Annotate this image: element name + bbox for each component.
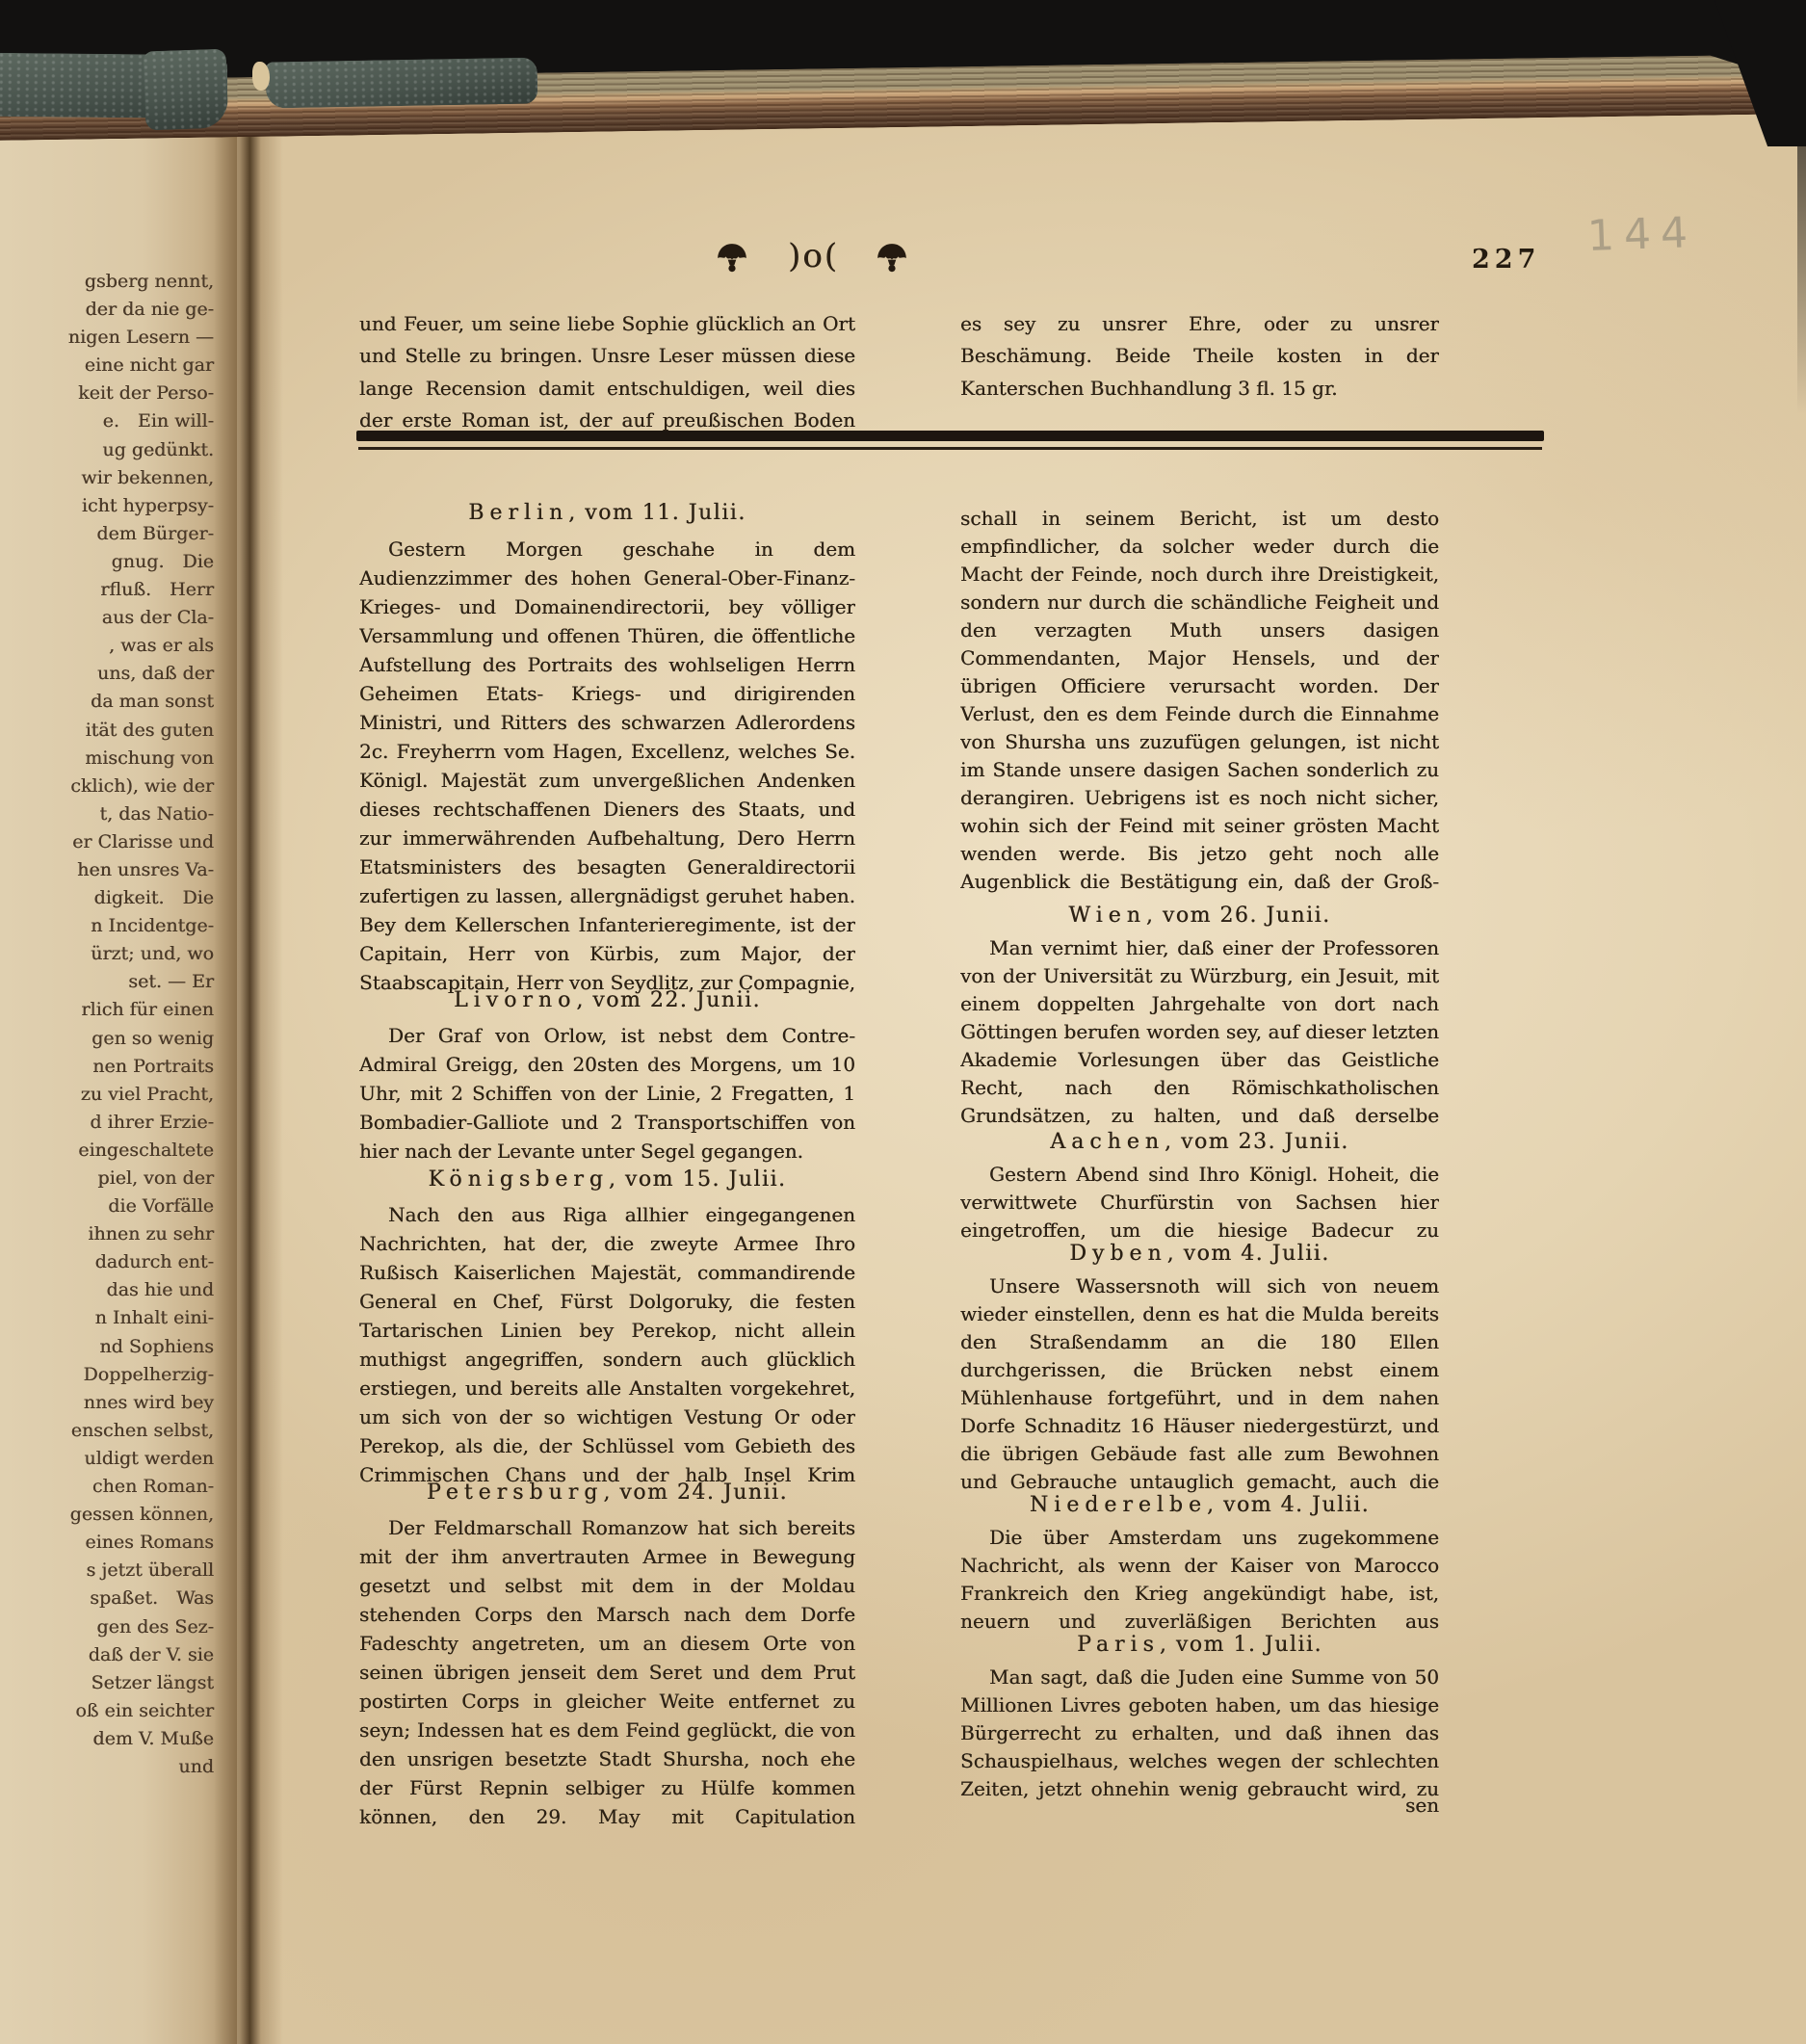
dateline-date: , vom 22. Junii. xyxy=(576,988,761,1012)
scan-background-edge xyxy=(1797,0,1806,414)
fragment-line: wir bekennen, xyxy=(0,464,214,492)
article-koenigsberg: Nach den aus Riga allhier eingegangenen … xyxy=(359,1200,855,1482)
article-livorno: Der Graf von Orlow, ist nebst dem Contre… xyxy=(359,1021,855,1170)
fragment-line: das hie und xyxy=(0,1276,214,1304)
dateline-city: Königsberg xyxy=(429,1167,609,1192)
paper-chip xyxy=(252,62,270,91)
section-divider-rule xyxy=(356,431,1544,441)
heading-livorno: Livorno, vom 22. Junii. xyxy=(359,988,855,1012)
fragment-line: keit der Perso- xyxy=(0,380,214,407)
fragment-line: gnug. Die xyxy=(0,548,214,576)
article-berlin: Gestern Morgen geschahe in dem Audienzzi… xyxy=(359,535,855,995)
dateline-date: , vom 26. Junii. xyxy=(1146,904,1331,928)
heading-petersburg: Petersburg, vom 24. Junii. xyxy=(359,1481,855,1505)
dateline-city: Berlin xyxy=(468,501,568,525)
article-petersburg: Der Feldmarschall Romanzow hat sich bere… xyxy=(359,1513,855,1836)
signature-mark: )o( xyxy=(788,237,839,275)
dateline-city: Wien xyxy=(1068,904,1145,928)
catchword: sen xyxy=(960,1794,1439,1817)
heading-koenigsberg: Königsberg, vom 15. Julii. xyxy=(359,1167,855,1192)
intro-continuation-left: und Feuer, um seine liebe Sophie glückli… xyxy=(359,308,855,445)
fragment-line: nigen Lesern — xyxy=(0,324,214,352)
dateline-city: Niederelbe xyxy=(1030,1493,1207,1517)
fragment-line: dem Bürger- xyxy=(0,520,214,548)
fragment-line: digkeit. Die xyxy=(0,884,214,912)
dateline-city: Petersburg xyxy=(427,1481,603,1505)
heading-wien: Wien, vom 26. Junii. xyxy=(960,904,1439,928)
fragment-line: icht hyperpsy- xyxy=(0,492,214,520)
article-dyben: Unsere Wassersnoth will sich von neuem w… xyxy=(960,1272,1439,1499)
fragment-line: piel, von der xyxy=(0,1165,214,1192)
fragment-line: cklich), wie der xyxy=(0,773,214,800)
pencil-folio-number: 144 xyxy=(1586,208,1698,261)
fragment-line: chen Roman- xyxy=(0,1473,214,1501)
fragment-line: enschen selbst, xyxy=(0,1417,214,1445)
dateline-date: , vom 4. Julii. xyxy=(1167,1242,1330,1266)
dateline-date: , vom 24. Junii. xyxy=(603,1481,788,1505)
book-cover-leather xyxy=(144,49,229,131)
fragment-line: set. — Er xyxy=(0,968,214,996)
fragment-line: eingeschaltete xyxy=(0,1137,214,1165)
fleuron-icon xyxy=(715,243,749,277)
dateline-date: , vom 4. Julii. xyxy=(1207,1493,1370,1517)
fragment-line: Doppelherzig- xyxy=(0,1361,214,1389)
fragment-line: oß ein seichter xyxy=(0,1697,214,1725)
heading-aachen: Aachen, vom 23. Junii. xyxy=(960,1130,1439,1154)
article-wien: Man vernimt hier, daß einer der Professo… xyxy=(960,934,1439,1132)
fragment-line: Setzer längst xyxy=(0,1669,214,1697)
fragment-line: ug gedünkt. xyxy=(0,436,214,464)
fragment-line: er Clarisse und xyxy=(0,828,214,856)
fragment-line: mischung von xyxy=(0,745,214,773)
fragment-line: zu viel Pracht, xyxy=(0,1081,214,1109)
fragment-line: ität des guten xyxy=(0,717,214,745)
fragment-line: rfluß. Herr xyxy=(0,576,214,604)
dateline-date: , vom 15. Julii. xyxy=(609,1167,787,1192)
fragment-line: spaßet. Was xyxy=(0,1585,214,1612)
fragment-line: dadurch ent- xyxy=(0,1248,214,1276)
fragment-line: daß der V. sie xyxy=(0,1641,214,1669)
fragment-line: , was er als xyxy=(0,632,214,660)
fragment-line: eine nicht gar xyxy=(0,352,214,380)
intro-continuation-right: es sey zu unsrer Ehre, oder zu unsrer Be… xyxy=(960,308,1439,414)
fragment-line: da man sonst xyxy=(0,688,214,716)
fragment-line: gessen können, xyxy=(0,1501,214,1529)
dateline-city: Paris xyxy=(1077,1633,1160,1657)
heading-niederelbe: Niederelbe, vom 4. Julii. xyxy=(960,1493,1439,1517)
fleuron-icon xyxy=(875,243,909,277)
section-divider-rule-thin xyxy=(358,447,1542,450)
fragment-line: ürzt; und, wo xyxy=(0,940,214,968)
fragment-line: t, das Natio- xyxy=(0,800,214,828)
fragment-line: n Incidentge- xyxy=(0,912,214,940)
fragment-line: rlich für einen xyxy=(0,996,214,1024)
dateline-city: Livorno xyxy=(454,988,576,1012)
fragment-line: nen Portraits xyxy=(0,1053,214,1081)
fragment-line: s jetzt überall xyxy=(0,1557,214,1585)
left-page-text-fragments: gsberg nennt,der da nie ge-nigen Lesern … xyxy=(0,268,214,1781)
fragment-line: ihnen zu sehr xyxy=(0,1220,214,1248)
fragment-line: gen des Sez- xyxy=(0,1613,214,1641)
fragment-line: dem V. Muße xyxy=(0,1725,214,1753)
heading-berlin: Berlin, vom 11. Julii. xyxy=(359,501,855,525)
dateline-date: , vom 11. Julii. xyxy=(568,501,746,525)
fragment-line: uldigt werden xyxy=(0,1445,214,1473)
fragment-line: d ihrer Erzie- xyxy=(0,1109,214,1137)
fragment-line: hen unsres Va- xyxy=(0,856,214,884)
book-cover-leather xyxy=(266,58,538,109)
article-petersburg-continuation: schall in seinem Bericht, ist um desto e… xyxy=(960,505,1439,902)
fragment-line: der da nie ge- xyxy=(0,296,214,324)
fragment-line: eines Romans xyxy=(0,1529,214,1557)
fragment-line: gen so wenig xyxy=(0,1025,214,1053)
heading-paris: Paris, vom 1. Julii. xyxy=(960,1633,1439,1657)
fragment-line: aus der Cla- xyxy=(0,604,214,632)
heading-dyben: Dyben, vom 4. Julii. xyxy=(960,1242,1439,1266)
fragment-line: und xyxy=(0,1753,214,1781)
fragment-line: die Vorfälle xyxy=(0,1192,214,1220)
fragment-line: uns, daß der xyxy=(0,660,214,688)
dateline-city: Aachen xyxy=(1050,1130,1165,1154)
dateline-date: , vom 23. Junii. xyxy=(1165,1130,1349,1154)
fragment-line: nnes wird bey xyxy=(0,1389,214,1417)
article-paris: Man sagt, daß die Juden eine Summe von 5… xyxy=(960,1664,1439,1806)
book-gutter-shadow xyxy=(214,108,283,2044)
book-scan: gsberg nennt,der da nie ge-nigen Lesern … xyxy=(0,0,1806,2044)
dateline-date: , vom 1. Julii. xyxy=(1160,1633,1322,1657)
article-niederelbe: Die über Amsterdam uns zugekommene Nachr… xyxy=(960,1524,1439,1638)
fragment-line: nd Sophiens xyxy=(0,1333,214,1361)
fragment-line: e. Ein will- xyxy=(0,407,214,435)
dateline-city: Dyben xyxy=(1069,1242,1166,1266)
fragment-line: gsberg nennt, xyxy=(0,268,214,296)
page-number: 227 xyxy=(1472,245,1540,275)
article-aachen: Gestern Abend sind Ihro Königl. Hoheit, … xyxy=(960,1161,1439,1247)
fragment-line: n Inhalt eini- xyxy=(0,1304,214,1332)
